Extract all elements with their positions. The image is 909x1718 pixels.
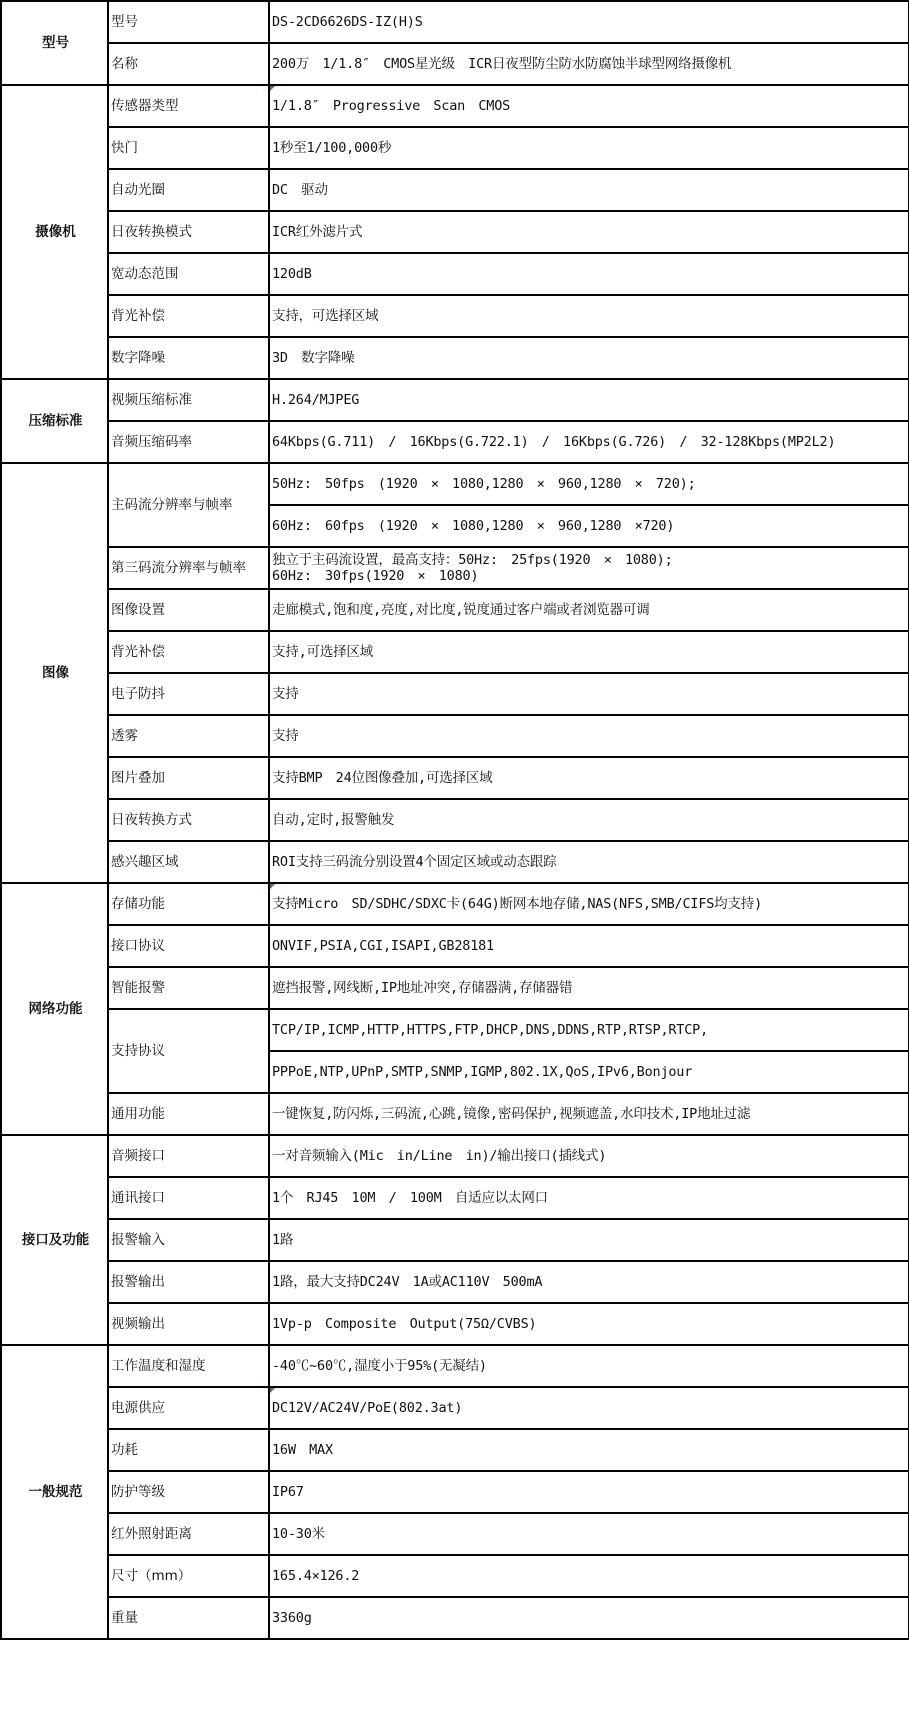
row-label: 背光补偿: [108, 631, 269, 673]
row-label: 名称: [108, 43, 269, 85]
table-row: 重量 3360g: [1, 1597, 909, 1639]
row-value: 自动,定时,报警触发: [269, 799, 909, 841]
row-label: 快门: [108, 127, 269, 169]
row-value: 16W MAX: [269, 1429, 909, 1471]
row-value: 支持,可选择区域: [269, 631, 909, 673]
row-label: 报警输出: [108, 1261, 269, 1303]
row-label: 透雾: [108, 715, 269, 757]
row-value: 1个 RJ45 10M / 100M 自适应以太网口: [269, 1177, 909, 1219]
row-value: 走廊模式,饱和度,亮度,对比度,锐度通过客户端或者浏览器可调: [269, 589, 909, 631]
row-label: 传感器类型: [108, 85, 269, 127]
row-value: 120dB: [269, 253, 909, 295]
table-row: 透雾 支持: [1, 715, 909, 757]
table-row: 报警输入 1路: [1, 1219, 909, 1261]
group-image: 图像: [1, 463, 108, 883]
comment-marker-icon: [270, 1388, 275, 1393]
row-label: 音频接口: [108, 1135, 269, 1177]
group-interface: 接口及功能: [1, 1135, 108, 1345]
table-row: 自动光圈 DC 驱动: [1, 169, 909, 211]
table-row: 背光补偿 支持,可选择区域: [1, 631, 909, 673]
row-value: 1秒至1/100,000秒: [269, 127, 909, 169]
row-label: 报警输入: [108, 1219, 269, 1261]
group-camera: 摄像机: [1, 85, 108, 379]
table-row: 支持协议 TCP/IP,ICMP,HTTP,HTTPS,FTP,DHCP,DNS…: [1, 1009, 909, 1051]
row-label: 宽动态范围: [108, 253, 269, 295]
row-value: 10-30米: [269, 1513, 909, 1555]
row-value: DC 驱动: [269, 169, 909, 211]
row-value: 支持Micro SD/SDHC/SDXC卡(64G)断网本地存储,NAS(NFS…: [269, 883, 909, 925]
table-row: 通讯接口 1个 RJ45 10M / 100M 自适应以太网口: [1, 1177, 909, 1219]
table-row: 型号 型号 DS-2CD6626DS-IZ(H)S: [1, 1, 909, 43]
row-value: H.264/MJPEG: [269, 379, 909, 421]
row-label: 第三码流分辨率与帧率: [108, 547, 269, 589]
table-row: 网络功能 存储功能 支持Micro SD/SDHC/SDXC卡(64G)断网本地…: [1, 883, 909, 925]
row-value: 200万 1/1.8″ CMOS星光级 ICR日夜型防尘防水防腐蚀半球型网络摄像…: [269, 43, 909, 85]
table-row: 接口协议 ONVIF,PSIA,CGI,ISAPI,GB28181: [1, 925, 909, 967]
row-label: 日夜转换模式: [108, 211, 269, 253]
row-value: 支持: [269, 673, 909, 715]
row-value: 165.4×126.2: [269, 1555, 909, 1597]
table-row: 摄像机 传感器类型 1/1.8″ Progressive Scan CMOS: [1, 85, 909, 127]
row-value: 1/1.8″ Progressive Scan CMOS: [269, 85, 909, 127]
row-value: 一对音频输入(Mic in/Line in)/输出接口(插线式): [269, 1135, 909, 1177]
row-value: 一键恢复,防闪烁,三码流,心跳,镜像,密码保护,视频遮盖,水印技术,IP地址过滤: [269, 1093, 909, 1135]
table-row: 图片叠加 支持BMP 24位图像叠加,可选择区域: [1, 757, 909, 799]
row-value: 64Kbps(G.711) / 16Kbps(G.722.1) / 16Kbps…: [269, 421, 909, 463]
comment-marker-icon: [270, 86, 275, 91]
row-label: 红外照射距离: [108, 1513, 269, 1555]
table-row: 功耗 16W MAX: [1, 1429, 909, 1471]
group-model: 型号: [1, 1, 108, 85]
row-value: IP67: [269, 1471, 909, 1513]
row-label: 通用功能: [108, 1093, 269, 1135]
table-row: 压缩标准 视频压缩标准 H.264/MJPEG: [1, 379, 909, 421]
row-value-line: 60Hz: 30fps(1920 × 1080): [272, 568, 908, 584]
row-label: 背光补偿: [108, 295, 269, 337]
table-row: 音频压缩码率 64Kbps(G.711) / 16Kbps(G.722.1) /…: [1, 421, 909, 463]
row-value: 独立于主码流设置，最高支持：50Hz: 25fps(1920 × 1080);6…: [269, 547, 909, 589]
row-value: 1路，最大支持DC24V 1A或AC110V 500mA: [269, 1261, 909, 1303]
table-row: 接口及功能 音频接口 一对音频输入(Mic in/Line in)/输出接口(插…: [1, 1135, 909, 1177]
row-value: ONVIF,PSIA,CGI,ISAPI,GB28181: [269, 925, 909, 967]
spec-table: 型号 型号 DS-2CD6626DS-IZ(H)S 名称 200万 1/1.8″…: [0, 0, 909, 1640]
table-row: 智能报警 遮挡报警,网线断,IP地址冲突,存储器满,存储器错: [1, 967, 909, 1009]
table-row: 电子防抖 支持: [1, 673, 909, 715]
row-label: 工作温度和湿度: [108, 1345, 269, 1387]
table-row: 红外照射距离 10-30米: [1, 1513, 909, 1555]
row-label: 日夜转换方式: [108, 799, 269, 841]
table-row: 防护等级 IP67: [1, 1471, 909, 1513]
row-value: -40℃~60℃,湿度小于95%(无凝结): [269, 1345, 909, 1387]
table-row: 电源供应 DC12V/AC24V/PoE(802.3at): [1, 1387, 909, 1429]
table-row: 名称 200万 1/1.8″ CMOS星光级 ICR日夜型防尘防水防腐蚀半球型网…: [1, 43, 909, 85]
row-value: 支持，可选择区域: [269, 295, 909, 337]
row-value-text: DC12V/AC24V/PoE(802.3at): [272, 1400, 462, 1416]
row-value: 3360g: [269, 1597, 909, 1639]
table-row: 宽动态范围 120dB: [1, 253, 909, 295]
row-value-text: 支持Micro SD/SDHC/SDXC卡(64G)断网本地存储,NAS(NFS…: [272, 896, 762, 912]
row-value: DS-2CD6626DS-IZ(H)S: [269, 1, 909, 43]
table-row: 日夜转换模式 ICR红外滤片式: [1, 211, 909, 253]
row-value: ICR红外滤片式: [269, 211, 909, 253]
row-label: 音频压缩码率: [108, 421, 269, 463]
table-row: 数字降噪 3D 数字降噪: [1, 337, 909, 379]
row-label: 数字降噪: [108, 337, 269, 379]
row-label: 型号: [108, 1, 269, 43]
table-row: 图像 主码流分辨率与帧率 50Hz: 50fps (1920 × 1080,12…: [1, 463, 909, 505]
row-label: 尺寸（mm）: [108, 1555, 269, 1597]
row-label: 接口协议: [108, 925, 269, 967]
row-value: 支持: [269, 715, 909, 757]
row-label: 电源供应: [108, 1387, 269, 1429]
table-row: 一般规范 工作温度和湿度 -40℃~60℃,湿度小于95%(无凝结): [1, 1345, 909, 1387]
group-compression: 压缩标准: [1, 379, 108, 463]
row-value-line: 独立于主码流设置，最高支持：50Hz: 25fps(1920 × 1080);: [272, 552, 908, 568]
table-row: 视频输出 1Vp-p Composite Output(75Ω/CVBS): [1, 1303, 909, 1345]
row-label: 图片叠加: [108, 757, 269, 799]
table-row: 图像设置 走廊模式,饱和度,亮度,对比度,锐度通过客户端或者浏览器可调: [1, 589, 909, 631]
group-general: 一般规范: [1, 1345, 108, 1639]
row-value: 50Hz: 50fps (1920 × 1080,1280 × 960,1280…: [269, 463, 909, 505]
row-label: 视频压缩标准: [108, 379, 269, 421]
row-value: 1Vp-p Composite Output(75Ω/CVBS): [269, 1303, 909, 1345]
row-label: 主码流分辨率与帧率: [108, 463, 269, 547]
table-row: 报警输出 1路，最大支持DC24V 1A或AC110V 500mA: [1, 1261, 909, 1303]
table-row: 第三码流分辨率与帧率 独立于主码流设置，最高支持：50Hz: 25fps(192…: [1, 547, 909, 589]
table-row: 快门 1秒至1/100,000秒: [1, 127, 909, 169]
row-label: 功耗: [108, 1429, 269, 1471]
row-label: 视频输出: [108, 1303, 269, 1345]
table-row: 日夜转换方式 自动,定时,报警触发: [1, 799, 909, 841]
table-row: 尺寸（mm） 165.4×126.2: [1, 1555, 909, 1597]
row-value: PPPoE,NTP,UPnP,SMTP,SNMP,IGMP,802.1X,QoS…: [269, 1051, 909, 1093]
row-value-text: 1/1.8″ Progressive Scan CMOS: [272, 98, 510, 114]
row-label: 防护等级: [108, 1471, 269, 1513]
row-value: 遮挡报警,网线断,IP地址冲突,存储器满,存储器错: [269, 967, 909, 1009]
table-row: 背光补偿 支持，可选择区域: [1, 295, 909, 337]
row-label: 智能报警: [108, 967, 269, 1009]
row-value: TCP/IP,ICMP,HTTP,HTTPS,FTP,DHCP,DNS,DDNS…: [269, 1009, 909, 1051]
row-value: 60Hz: 60fps (1920 × 1080,1280 × 960,1280…: [269, 505, 909, 547]
row-label: 重量: [108, 1597, 269, 1639]
row-label: 感兴趣区域: [108, 841, 269, 883]
row-value: DC12V/AC24V/PoE(802.3at): [269, 1387, 909, 1429]
row-label: 电子防抖: [108, 673, 269, 715]
row-label: 自动光圈: [108, 169, 269, 211]
row-label: 通讯接口: [108, 1177, 269, 1219]
row-label: 存储功能: [108, 883, 269, 925]
table-row: 通用功能 一键恢复,防闪烁,三码流,心跳,镜像,密码保护,视频遮盖,水印技术,I…: [1, 1093, 909, 1135]
row-value: 支持BMP 24位图像叠加,可选择区域: [269, 757, 909, 799]
table-row: 感兴趣区域 ROI支持三码流分别设置4个固定区域或动态跟踪: [1, 841, 909, 883]
row-label: 图像设置: [108, 589, 269, 631]
row-value: 3D 数字降噪: [269, 337, 909, 379]
row-label: 支持协议: [108, 1009, 269, 1093]
row-value: 1路: [269, 1219, 909, 1261]
comment-marker-icon: [270, 884, 275, 889]
group-network: 网络功能: [1, 883, 108, 1135]
row-value: ROI支持三码流分别设置4个固定区域或动态跟踪: [269, 841, 909, 883]
